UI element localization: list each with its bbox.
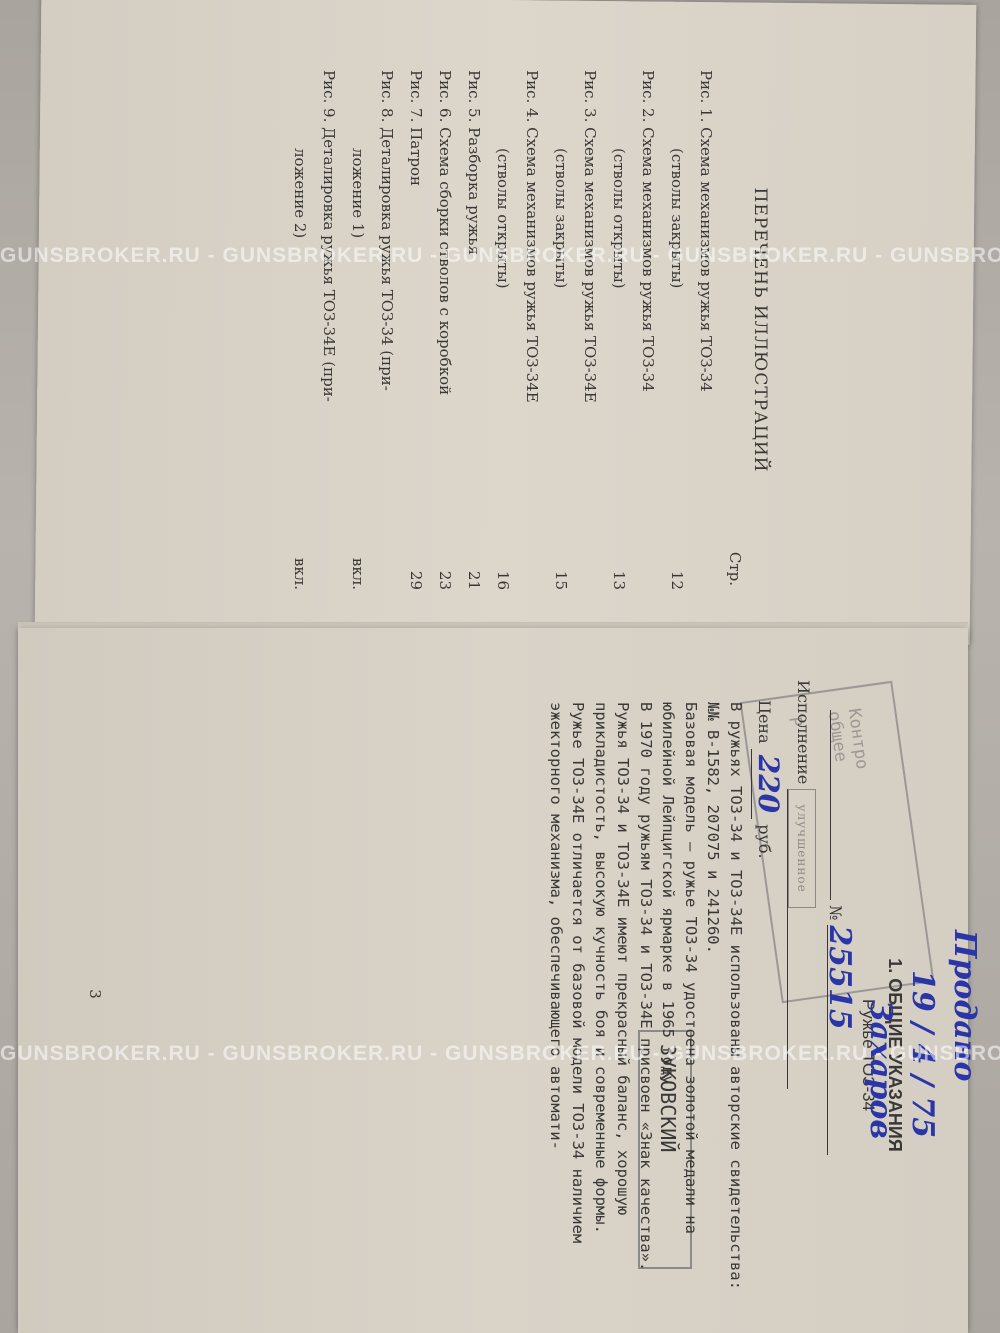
variant-line: Исполнение улучшенное (787, 680, 816, 1300)
toc-item: Рис. 9. Деталировка ружья ТОЗ-34Е (при- … (285, 70, 343, 590)
paragraph: В 1970 году ружьям ТОЗ-34 и ТОЗ-34Е прис… (635, 680, 658, 1300)
price-line: Цена 220 руб. (753, 680, 779, 1300)
paragraph: В ружьях ТОЗ-34 и ТОЗ-34Е использованы а… (702, 680, 747, 1300)
serial-number-handwritten: 25515 (827, 925, 850, 1155)
toc-item: Рис. 4. Схема механизмов ружья ТОЗ-34Е (… (488, 70, 546, 590)
variant-stamp: улучшенное (788, 789, 816, 907)
watermark: GUNSBROKER.RU - GUNSBROKER.RU - GUNSBROK… (0, 1042, 1000, 1066)
general-instructions-section: 1. ОБЩИЕ УКАЗАНИЯ Ружье ТОЗ-34 № 25515 И… (545, 680, 906, 1300)
paragraph: Ружья ТОЗ-34 и ТОЗ-34Е имеют прекрасный … (590, 680, 635, 1300)
section-body: В ружьях ТОЗ-34 и ТОЗ-34Е использованы а… (545, 680, 748, 1300)
toc-page-header: Стр. (726, 70, 744, 590)
toc-item: Рис. 6. Схема сборки стволов с коробкой2… (430, 70, 459, 590)
handwritten-note: Продано 19 / 4 / 75 Захаров (859, 930, 985, 1290)
serial-number-line: № 25515 (824, 680, 850, 1300)
toc-item: Рис. 1. Схема механизмов ружья ТОЗ-34 (с… (662, 70, 720, 590)
watermark: GUNSBROKER.RU - GUNSBROKER.RU - GUNSBROK… (0, 244, 1000, 268)
toc-item: Рис. 8. Деталировка ружья ТОЗ-34 (при- л… (343, 70, 401, 590)
toc-item: Рис. 2. Схема механизмов ружья ТОЗ-34 (с… (604, 70, 662, 590)
paragraph: Ружье ТОЗ-34Е отличается от базовой моде… (545, 680, 590, 1300)
toc-item: Рис. 7. Патрон29 (401, 70, 430, 590)
toc-item: Рис. 5. Разборка ружья21 (459, 70, 488, 590)
paragraph: Базовая модель — ружье ТОЗ-34 удостоена … (657, 680, 702, 1300)
price-handwritten: 220 (751, 749, 785, 819)
illustrations-toc: ПЕРЕЧЕНЬ ИЛЛЮСТРАЦИЙ Стр. Рис. 1. Схема … (285, 70, 770, 590)
toc-item: Рис. 3. Схема механизмов ружья ТОЗ-34Е (… (546, 70, 604, 590)
page-number: 3 (86, 989, 104, 999)
toc-title: ПЕРЕЧЕНЬ ИЛЛЮСТРАЦИЙ (750, 70, 770, 590)
